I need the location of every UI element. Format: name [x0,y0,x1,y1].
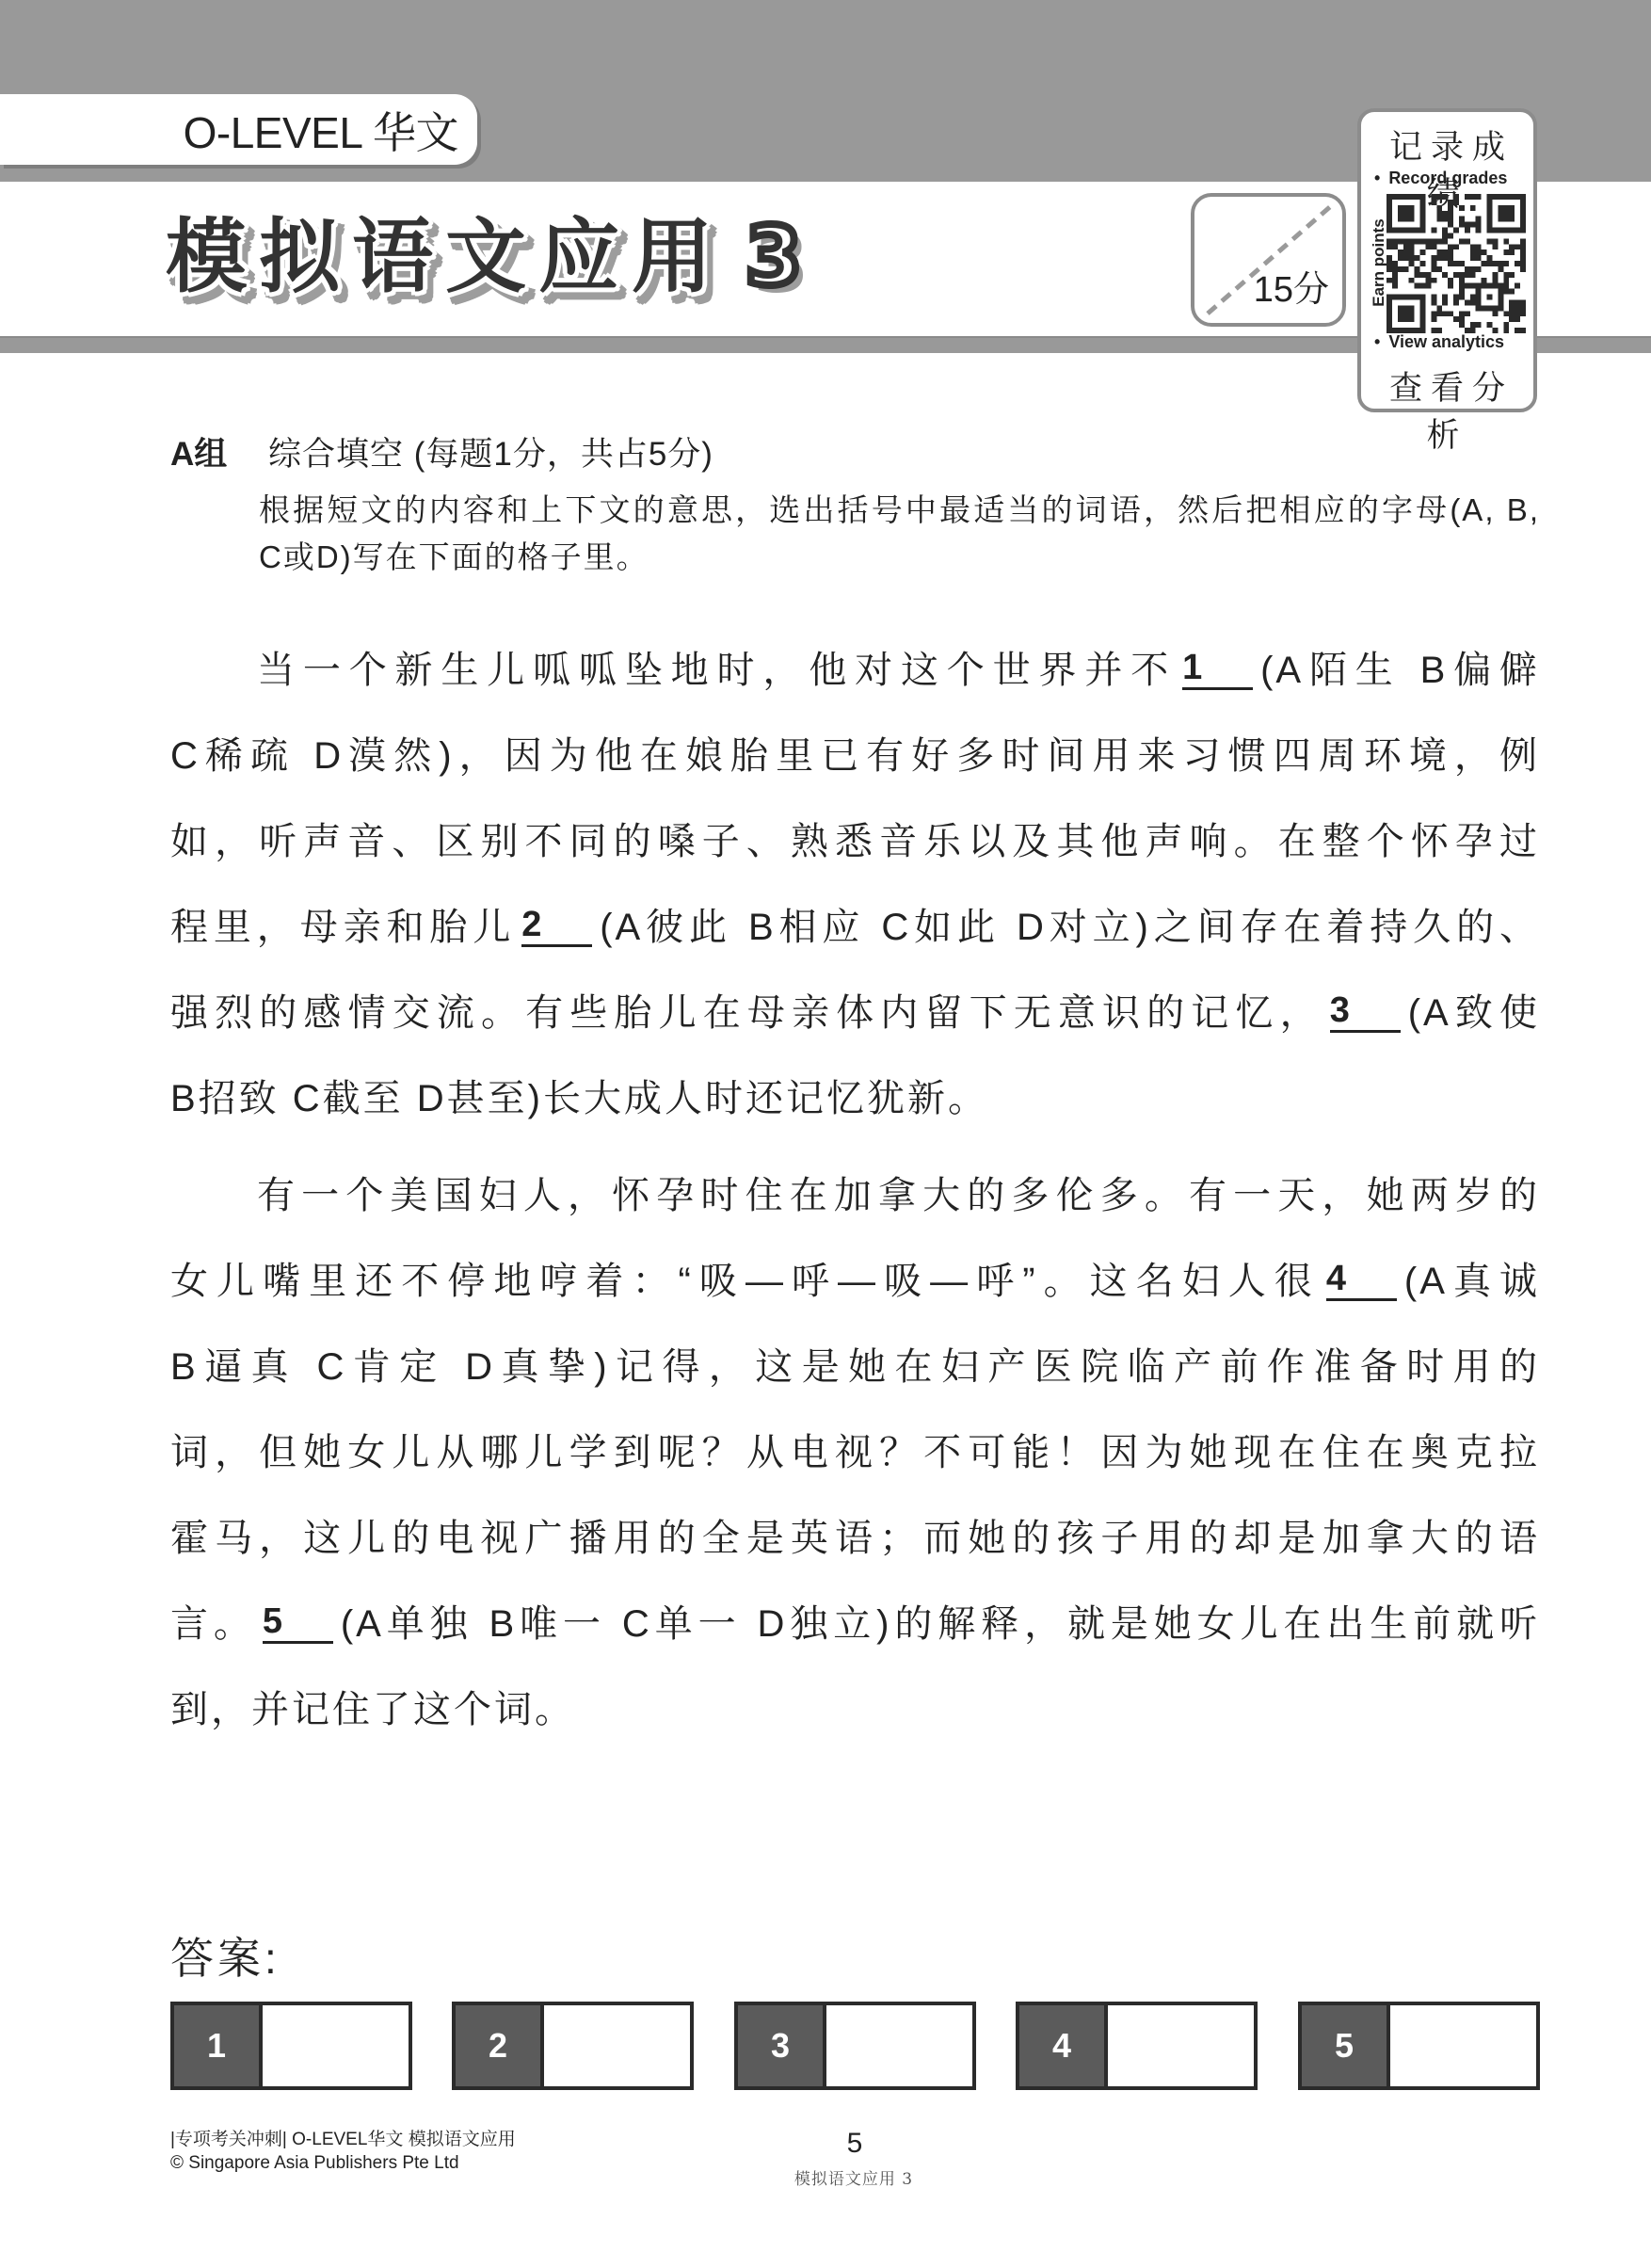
score-box: 15分 [1191,193,1346,327]
page-number: 5 [828,2128,881,2160]
bullet-icon: • [1374,169,1380,187]
passage-line: B逼真 C肯定 D真挚)记得，这是她在妇产医院临产前作准备时用的 [170,1325,1540,1410]
passage-line: 女儿嘴里还不停地哼着：“吸—呼—吸—呼”。这名妇人很4(A真诚 [170,1239,1540,1325]
answer-box-4: 4 [1016,2002,1258,2090]
line-text: 当一个新生儿呱呱坠地时，他对这个世界并不 [257,650,1177,691]
answer-field [263,2005,409,2086]
answer-box-2: 2 [452,2002,694,2090]
passage-line: 程里，母亲和胎儿2(A彼此 B相应 C如此 D对立)之间存在着持久的、 [170,885,1540,971]
line-text: 词，但她女儿从哪儿学到呢？从电视？不可能！因为她现在住在奥克拉 [170,1432,1540,1473]
passage-line: 有一个美国妇人，怀孕时住在加拿大的多伦多。有一天，她两岁的 [170,1153,1540,1239]
line-text: 到，并记住了这个词。 [170,1689,575,1730]
blank-1: 1 [1182,648,1253,690]
blank-4: 4 [1326,1259,1397,1301]
view-analytics-text: View analytics [1388,332,1504,351]
line-text: 霍马，这儿的电视广播用的全是英语；而她的孩子用的却是加拿大的语 [170,1518,1540,1559]
line-text: 程里，母亲和胎儿 [170,907,516,948]
passage-line: 霍马，这儿的电视广播用的全是英语；而她的孩子用的却是加拿大的语 [170,1496,1540,1582]
line-text: B逼真 C肯定 D真挚)记得，这是她在妇产医院临产前作准备时用的 [170,1346,1540,1388]
page-title: 模拟语文应用3 [166,210,814,304]
running-title: 模拟语文应用 3 [760,2165,948,2189]
line-text: 强烈的感情交流。有些胎儿在母亲体内留下无意识的记忆， [170,992,1324,1034]
qr-code-icon [1387,194,1526,333]
answer-box-1: 1 [170,2002,412,2090]
answer-field [1108,2005,1254,2086]
passage-line: B招致 C截至 D甚至)长大成人时还记忆犹新。 [170,1056,1540,1142]
footer-series: |专项考关冲刺| O-LEVEL华文 模拟语文应用 [170,2128,516,2151]
bullet-view-analytics: •View analytics [1374,332,1504,352]
options-text: (A彼此 B相应 C如此 D对立)之间存在着持久的、 [600,907,1540,948]
qr-card: 记录成绩 •Record grades Earn points •View an… [1357,108,1537,412]
answer-field [826,2005,972,2086]
line-text: B招致 C截至 D甚至)长大成人时还记忆犹新。 [170,1078,988,1119]
answer-number: 2 [456,2005,544,2086]
blank-5: 5 [263,1601,333,1644]
options-text: (A陌生 B偏僻 [1260,650,1540,691]
footer-copyright: © Singapore Asia Publishers Pte Ltd [170,2151,516,2175]
passage-line: 言。5(A单独 B唯一 C单一 D独立)的解释，就是她女儿在出生前就听 [170,1582,1540,1667]
series-label-text: O-LEVEL 华文 [184,99,458,161]
passage-line: C稀疏 D漠然)，因为他在娘胎里已有好多时间用来习惯四周环境，例 [170,714,1540,799]
section-title: 综合填空 (每题1分，共占5分) [268,436,713,473]
passage: 当一个新生儿呱呱坠地时，他对这个世界并不1(A陌生 B偏僻 C稀疏 D漠然)，因… [170,628,1540,1753]
section-instructions: 根据短文的内容和上下文的意思，选出括号中最适当的词语，然后把相应的字母(A, B… [259,487,1540,581]
total-score: 15分 [1254,260,1329,312]
section-heading: A组综合填空 (每题1分，共占5分) [170,431,713,478]
answers-label: 答案: [170,1935,281,1982]
answer-box-3: 3 [734,2002,976,2090]
line-text: C稀疏 D漠然)，因为他在娘胎里已有好多时间用来习惯四周环境，例 [170,735,1540,777]
bullet-record-grades: •Record grades [1374,169,1507,188]
answer-field [1390,2005,1536,2086]
footer-credits: |专项考关冲刺| O-LEVEL华文 模拟语文应用 © Singapore As… [170,2128,516,2175]
instruction-line: 根据短文的内容和上下文的意思，选出括号中最适当的词语，然后把相应的字母(A, B… [259,487,1540,534]
paragraph-2: 有一个美国妇人，怀孕时住在加拿大的多伦多。有一天，她两岁的 女儿嘴里还不停地哼着… [170,1153,1540,1753]
passage-line: 到，并记住了这个词。 [170,1667,1540,1753]
blank-2: 2 [521,905,592,947]
paragraph-1: 当一个新生儿呱呱坠地时，他对这个世界并不1(A陌生 B偏僻 C稀疏 D漠然)，因… [170,628,1540,1142]
section-label-text: A组 [170,436,227,473]
answer-box-5: 5 [1298,2002,1540,2090]
page-title-number: 3 [745,210,814,304]
blank-3: 3 [1330,990,1401,1033]
line-text: 言。 [170,1603,257,1645]
passage-line: 词，但她女儿从哪儿学到呢？从电视？不可能！因为她现在住在奥克拉 [170,1410,1540,1496]
answer-number: 3 [738,2005,826,2086]
options-text: (A单独 B唯一 C单一 D独立)的解释，就是她女儿在出生前就听 [341,1603,1540,1645]
series-label: O-LEVEL 华文 [0,94,477,165]
passage-line: 强烈的感情交流。有些胎儿在母亲体内留下无意识的记忆，3(A致使 [170,971,1540,1056]
passage-line: 如，听声音、区别不同的嗓子、熟悉音乐以及其他声响。在整个怀孕过 [170,799,1540,885]
line-text: 有一个美国妇人，怀孕时住在加拿大的多伦多。有一天，她两岁的 [257,1175,1540,1216]
answer-number: 1 [174,2005,263,2086]
passage-line: 当一个新生儿呱呱坠地时，他对这个世界并不1(A陌生 B偏僻 [170,628,1540,714]
answer-number: 5 [1302,2005,1390,2086]
record-grades-text: Record grades [1388,169,1507,187]
answer-number: 4 [1019,2005,1108,2086]
earn-points-label: Earn points [1370,211,1388,314]
line-text: 如，听声音、区别不同的嗓子、熟悉音乐以及其他声响。在整个怀孕过 [170,821,1540,862]
instruction-line: C或D)写在下面的格子里。 [259,534,1540,581]
page-title-text: 模拟语文应用 [166,210,725,304]
view-analytics-label: 查看分析 [1361,362,1533,457]
line-text: 女儿嘴里还不停地哼着：“吸—呼—吸—呼”。这名妇人很 [170,1261,1321,1302]
options-text: (A致使 [1408,992,1540,1034]
bullet-icon: • [1374,332,1380,351]
answer-field [544,2005,690,2086]
options-text: (A真诚 [1404,1261,1540,1302]
section-label: A组 [170,431,268,478]
